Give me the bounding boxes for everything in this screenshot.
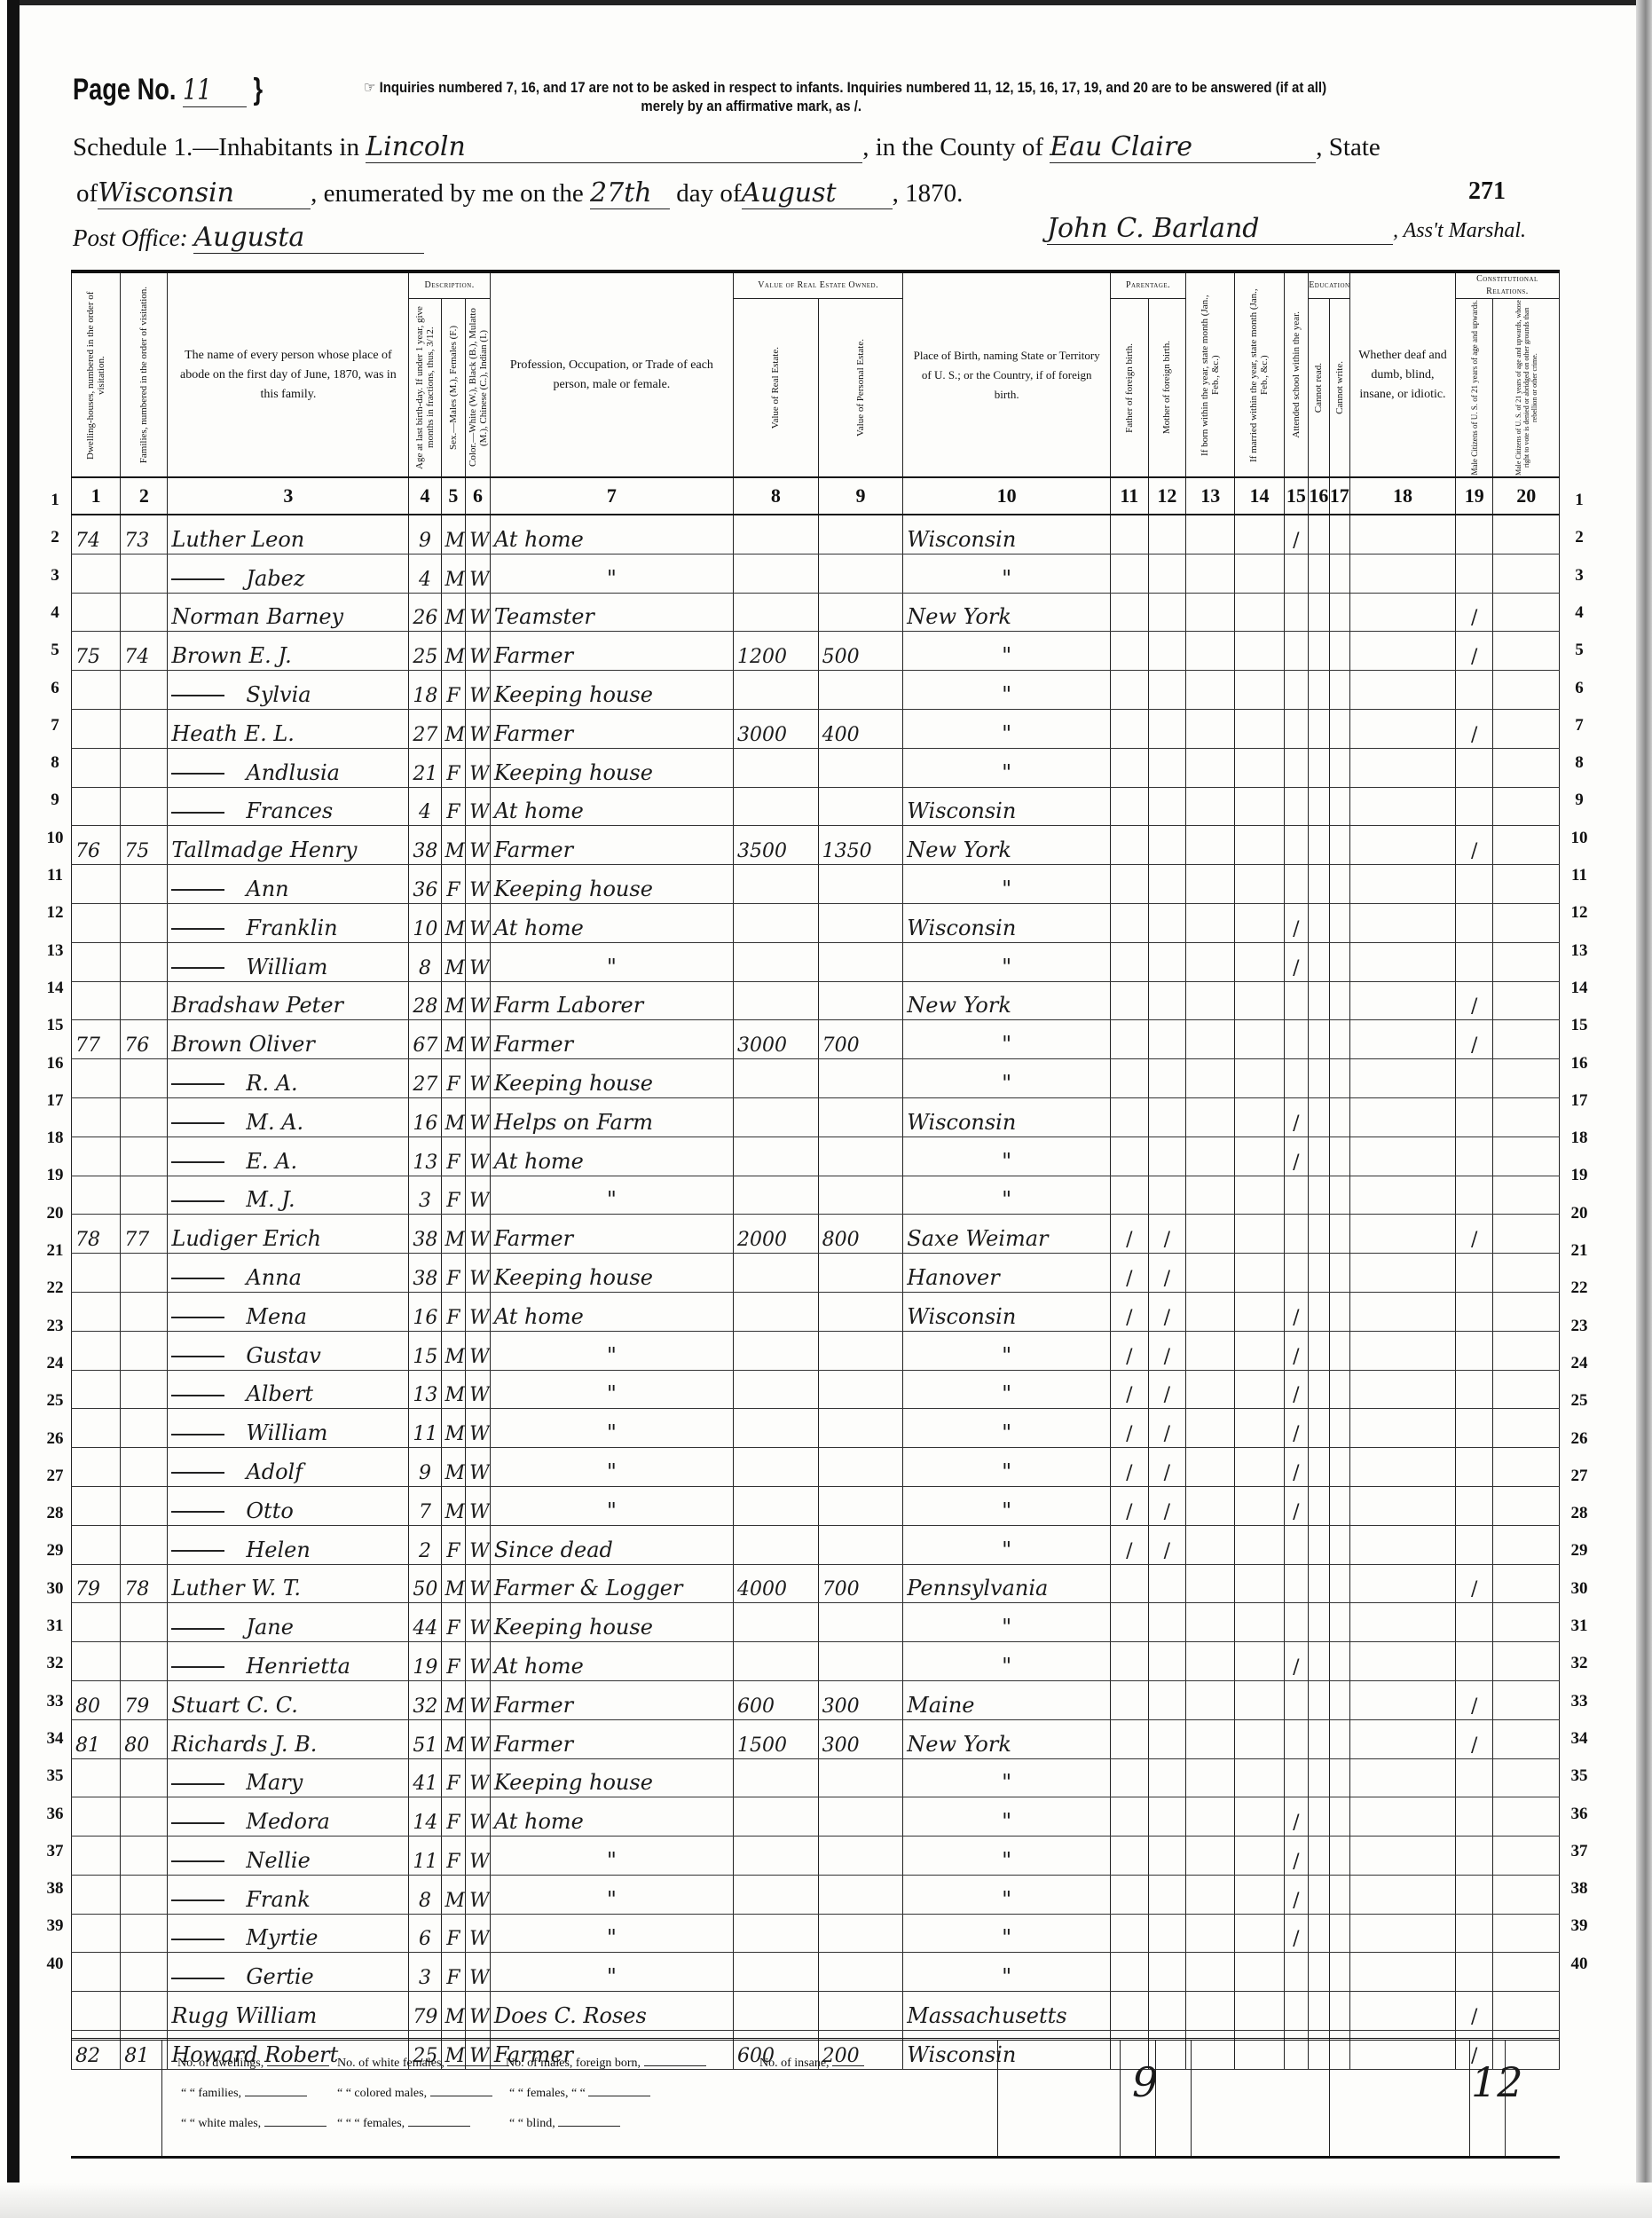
personal-estate-value: 800 [818, 1215, 903, 1254]
personal-estate-value [818, 748, 903, 787]
sex: M [441, 515, 466, 554]
dwelling-number [72, 942, 121, 981]
vote-denied [1493, 1797, 1560, 1837]
vote-denied [1493, 593, 1560, 632]
county-label: , in the County of [862, 133, 1043, 161]
male-citizen-mark: / [1455, 709, 1493, 748]
sex: M [441, 826, 466, 865]
dwelling-number: 79 [72, 1564, 121, 1603]
family-number [121, 903, 168, 942]
married-within-year [1235, 1215, 1284, 1254]
person-name: Ann [168, 865, 409, 904]
sex: F [441, 1953, 466, 1992]
male-citizen-mark [1455, 748, 1493, 787]
mother-foreign-mark [1148, 515, 1186, 554]
deaf-blind-insane [1349, 1292, 1455, 1331]
cannot-read [1309, 1059, 1329, 1098]
color: W [466, 1603, 491, 1642]
vote-denied [1493, 1486, 1560, 1525]
color: W [466, 1059, 491, 1098]
cannot-read [1309, 787, 1329, 826]
place-of-birth: " [903, 1525, 1111, 1564]
personal-estate-value [818, 1875, 903, 1914]
born-within-year [1186, 787, 1235, 826]
father-foreign-mark: / [1111, 1292, 1149, 1331]
sex: M [441, 903, 466, 942]
occupation: " [490, 554, 733, 593]
family-number [121, 1758, 168, 1797]
sex: M [441, 1409, 466, 1448]
person-name: Tallmadge Henry [168, 826, 409, 865]
header-col-17: Cannot write. [1329, 299, 1349, 478]
personal-estate-value [818, 903, 903, 942]
married-within-year [1235, 1137, 1284, 1176]
page-binding-edge [7, 0, 20, 2218]
given-name: Anna [246, 1265, 302, 1290]
col-number: 17 [1329, 477, 1349, 515]
family-number [121, 1486, 168, 1525]
col-number: 14 [1235, 477, 1284, 515]
occupation: At home [490, 1642, 733, 1681]
cannot-read [1309, 748, 1329, 787]
dwelling-number [72, 865, 121, 904]
cannot-read [1309, 942, 1329, 981]
family-number [121, 1448, 168, 1487]
line-number: 19 [37, 1166, 73, 1185]
table-row: 7776Brown Oliver67MWFarmer3000700"/ [72, 1020, 1560, 1059]
male-citizen-mark [1455, 787, 1493, 826]
family-number [121, 981, 168, 1020]
place-of-birth: " [903, 1137, 1111, 1176]
real-estate-value [734, 981, 819, 1020]
father-foreign-mark [1111, 1875, 1149, 1914]
line-number: 8 [1562, 753, 1597, 773]
given-name: R. A. [246, 1071, 297, 1096]
ditto-dash [171, 812, 224, 814]
personal-estate-value [818, 981, 903, 1020]
married-within-year [1235, 1914, 1284, 1953]
deaf-blind-insane [1349, 515, 1455, 554]
male-citizen-mark: / [1455, 826, 1493, 865]
table-row: M. J.3FW"" [72, 1176, 1560, 1215]
color: W [466, 632, 491, 671]
personal-estate-value: 400 [818, 709, 903, 748]
column-number-row: 1 2 3 4 5 6 7 8 9 10 11 12 13 14 15 16 1… [72, 477, 1560, 515]
age: 18 [409, 671, 441, 710]
given-name: Andlusia [246, 760, 340, 785]
dwelling-number [72, 1176, 121, 1215]
born-within-year [1186, 1642, 1235, 1681]
vote-denied [1493, 709, 1560, 748]
age: 16 [409, 1097, 441, 1137]
cannot-read [1309, 632, 1329, 671]
father-foreign-mark [1111, 1719, 1149, 1758]
real-estate-value [734, 1642, 819, 1681]
person-name: Richards J. B. [168, 1719, 409, 1758]
mother-foreign-mark [1148, 1020, 1186, 1059]
mother-foreign-mark: / [1148, 1292, 1186, 1331]
line-number: 40 [1562, 1955, 1597, 1974]
sex: F [441, 865, 466, 904]
deaf-blind-insane [1349, 981, 1455, 1020]
born-within-year [1186, 1331, 1235, 1370]
real-estate-value [734, 1797, 819, 1837]
mother-foreign-mark [1148, 942, 1186, 981]
dwelling-number [72, 1137, 121, 1176]
color: W [466, 1992, 491, 2031]
occupation: Farmer [490, 709, 733, 748]
year-label: , 1870. [893, 179, 964, 208]
col-number: 10 [903, 477, 1111, 515]
line-number: 40 [37, 1955, 73, 1974]
born-within-year [1186, 981, 1235, 1020]
mother-foreign-mark [1148, 1914, 1186, 1953]
deaf-blind-insane [1349, 1953, 1455, 1992]
cannot-write [1329, 1254, 1349, 1293]
attended-school-mark [1284, 748, 1309, 787]
deaf-blind-insane [1349, 787, 1455, 826]
sex: M [441, 1992, 466, 2031]
line-number: 21 [1562, 1241, 1597, 1261]
father-foreign-mark [1111, 1176, 1149, 1215]
deaf-blind-insane [1349, 1020, 1455, 1059]
line-number: 10 [37, 829, 73, 848]
color: W [466, 1914, 491, 1953]
father-foreign-mark [1111, 1020, 1149, 1059]
vote-denied [1493, 1448, 1560, 1487]
deaf-blind-insane [1349, 748, 1455, 787]
cannot-read [1309, 1992, 1329, 2031]
real-estate-value [734, 515, 819, 554]
person-name: Henrietta [168, 1642, 409, 1681]
place-of-birth: " [903, 709, 1111, 748]
table-row: William11MW""/// [72, 1409, 1560, 1448]
vote-denied [1493, 1875, 1560, 1914]
born-within-year [1186, 1992, 1235, 2031]
age: 44 [409, 1603, 441, 1642]
deaf-blind-insane [1349, 1215, 1455, 1254]
vote-denied [1493, 787, 1560, 826]
occupation: Keeping house [490, 1758, 733, 1797]
real-estate-value [734, 1409, 819, 1448]
male-citizen-mark [1455, 515, 1493, 554]
header-col-20: Male Citizens of U. S. of 21 years of ag… [1493, 299, 1560, 478]
father-foreign-mark [1111, 515, 1149, 554]
family-number [121, 1837, 168, 1876]
age: 14 [409, 1797, 441, 1837]
mother-foreign-mark [1148, 593, 1186, 632]
born-within-year [1186, 1370, 1235, 1409]
dwelling-number: 77 [72, 1020, 121, 1059]
marshal-signature-line: John C. Barland, Ass't Marshal. [1047, 213, 1526, 245]
header-col-15: Attended school within the year. [1284, 273, 1309, 477]
mother-foreign-mark: / [1148, 1254, 1186, 1293]
attended-school-mark: / [1284, 903, 1309, 942]
married-within-year [1235, 1097, 1284, 1137]
table-row: Norman Barney26MWTeamsterNew York/ [72, 593, 1560, 632]
attended-school-mark: / [1284, 1642, 1309, 1681]
place-of-birth: " [903, 1409, 1111, 1448]
mother-foreign-mark [1148, 671, 1186, 710]
personal-estate-value [818, 671, 903, 710]
attended-school-mark [1284, 1254, 1309, 1293]
header-col-5: Sex.—Males (M.), Females (F.) [441, 299, 466, 478]
person-name: Luther W. T. [168, 1564, 409, 1603]
dwelling-number [72, 1797, 121, 1837]
father-foreign-mark: / [1111, 1448, 1149, 1487]
color: W [466, 515, 491, 554]
deaf-blind-insane [1349, 554, 1455, 593]
real-estate-value [734, 787, 819, 826]
cannot-write [1329, 1875, 1349, 1914]
dwelling-number [72, 1953, 121, 1992]
place-of-birth: " [903, 1059, 1111, 1098]
line-number: 39 [1562, 1916, 1597, 1936]
family-number [121, 1603, 168, 1642]
person-name: William [168, 942, 409, 981]
married-within-year [1235, 1680, 1284, 1719]
line-number: 3 [37, 566, 73, 586]
attended-school-mark [1284, 1992, 1309, 2031]
line-number: 32 [1562, 1654, 1597, 1673]
father-foreign-mark [1111, 1059, 1149, 1098]
personal-estate-value: 700 [818, 1020, 903, 1059]
line-number: 1 [37, 491, 73, 510]
header-col-18: Whether deaf and dumb, blind, insane, or… [1349, 273, 1455, 477]
place-of-birth: " [903, 554, 1111, 593]
sex: M [441, 1097, 466, 1137]
age: 16 [409, 1292, 441, 1331]
personal-estate-value [818, 1370, 903, 1409]
age: 38 [409, 1215, 441, 1254]
table-row: Heath E. L.27MWFarmer3000400"/ [72, 709, 1560, 748]
male-citizen-mark [1455, 1176, 1493, 1215]
person-name: Heath E. L. [168, 709, 409, 748]
person-name: M. A. [168, 1097, 409, 1137]
age: 6 [409, 1914, 441, 1953]
color: W [466, 1564, 491, 1603]
given-name: Otto [246, 1498, 293, 1523]
place-of-birth: " [903, 1914, 1111, 1953]
table-row: R. A.27FWKeeping house" [72, 1059, 1560, 1098]
family-number [121, 1953, 168, 1992]
father-foreign-mark [1111, 748, 1149, 787]
of-label: of [76, 179, 98, 208]
mother-foreign-mark [1148, 748, 1186, 787]
married-within-year [1235, 787, 1284, 826]
cannot-write [1329, 748, 1349, 787]
married-within-year [1235, 1292, 1284, 1331]
header-group-description: Description. [409, 273, 490, 299]
vote-denied [1493, 1409, 1560, 1448]
ditto-dash [171, 889, 224, 891]
line-number: 14 [37, 979, 73, 998]
married-within-year [1235, 1564, 1284, 1603]
table-row: Andlusia21FWKeeping house" [72, 748, 1560, 787]
dwelling-number: 74 [72, 515, 121, 554]
place-of-birth: New York [903, 1719, 1111, 1758]
real-estate-value [734, 1525, 819, 1564]
given-name: Franklin [246, 916, 337, 940]
attended-school-mark [1284, 1564, 1309, 1603]
col-number: 13 [1186, 477, 1235, 515]
line-number: 7 [37, 716, 73, 735]
born-within-year [1186, 1875, 1235, 1914]
mother-foreign-mark [1148, 903, 1186, 942]
family-number: 74 [121, 632, 168, 671]
real-estate-value: 600 [734, 1680, 819, 1719]
real-estate-value [734, 671, 819, 710]
line-number: 1 [1562, 491, 1597, 510]
table-row: Frances4FWAt homeWisconsin [72, 787, 1560, 826]
cannot-read [1309, 1642, 1329, 1681]
header-col-7: Profession, Occupation, or Trade of each… [490, 273, 733, 477]
male-citizen-mark: / [1455, 1020, 1493, 1059]
real-estate-value: 3000 [734, 1020, 819, 1059]
deaf-blind-insane [1349, 1370, 1455, 1409]
line-number: 29 [1562, 1541, 1597, 1561]
family-number [121, 1059, 168, 1098]
line-number: 28 [37, 1504, 73, 1523]
real-estate-value [734, 1486, 819, 1525]
occupation: Keeping house [490, 671, 733, 710]
header-col-14: If married within the year, state month … [1235, 273, 1284, 477]
real-estate-value: 4000 [734, 1564, 819, 1603]
table-row: Henrietta19FWAt home"/ [72, 1642, 1560, 1681]
given-name: Mena [246, 1304, 307, 1329]
dwelling-number [72, 1448, 121, 1487]
line-number: 15 [37, 1016, 73, 1035]
sex: M [441, 554, 466, 593]
vote-denied [1493, 1953, 1560, 1992]
color: W [466, 748, 491, 787]
table-row: Albert13MW""/// [72, 1370, 1560, 1409]
vote-denied [1493, 1564, 1560, 1603]
occupation: Keeping house [490, 1254, 733, 1293]
father-foreign-mark [1111, 1137, 1149, 1176]
mother-foreign-mark [1148, 709, 1186, 748]
line-number: 11 [37, 866, 73, 885]
vote-denied [1493, 1525, 1560, 1564]
ditto-dash [171, 967, 224, 969]
deaf-blind-insane [1349, 826, 1455, 865]
family-number: 79 [121, 1680, 168, 1719]
line-number: 7 [1562, 716, 1597, 735]
given-name: Frances [246, 798, 333, 823]
mother-foreign-mark [1148, 1719, 1186, 1758]
sex: M [441, 1215, 466, 1254]
born-within-year [1186, 1837, 1235, 1876]
table-row: 8180Richards J. B.51MWFarmer1500300New Y… [72, 1719, 1560, 1758]
father-foreign-mark [1111, 942, 1149, 981]
given-name: Adolf [246, 1459, 303, 1484]
dwelling-number [72, 554, 121, 593]
male-citizen-mark: / [1455, 1215, 1493, 1254]
line-number: 4 [1562, 603, 1597, 623]
family-number [121, 1409, 168, 1448]
family-number [121, 1331, 168, 1370]
mother-foreign-mark: / [1148, 1409, 1186, 1448]
personal-estate-value [818, 1331, 903, 1370]
family-number [121, 671, 168, 710]
sex: M [441, 709, 466, 748]
sex: F [441, 1758, 466, 1797]
deaf-blind-insane [1349, 671, 1455, 710]
father-foreign-mark [1111, 709, 1149, 748]
married-within-year [1235, 1525, 1284, 1564]
cannot-read [1309, 671, 1329, 710]
line-number: 2 [37, 528, 73, 547]
sex: M [441, 1875, 466, 1914]
vote-denied [1493, 865, 1560, 904]
married-within-year [1235, 1642, 1284, 1681]
vote-denied [1493, 1215, 1560, 1254]
line-number: 38 [1562, 1879, 1597, 1899]
table-row: 7877Ludiger Erich38MWFarmer2000800Saxe W… [72, 1215, 1560, 1254]
header-group-value: Value of Real Estate Owned. [734, 273, 903, 299]
person-name: Frances [168, 787, 409, 826]
real-estate-value [734, 1331, 819, 1370]
mother-foreign-mark: / [1148, 1486, 1186, 1525]
dwelling-number [72, 1837, 121, 1876]
header-col-11: Father of foreign birth. [1111, 299, 1149, 478]
cannot-read [1309, 1215, 1329, 1254]
father-foreign-mark [1111, 1758, 1149, 1797]
vote-denied [1493, 1097, 1560, 1137]
vote-denied [1493, 1603, 1560, 1642]
age: 36 [409, 865, 441, 904]
attended-school-mark [1284, 826, 1309, 865]
personal-estate-value [818, 942, 903, 981]
father-foreign-mark: / [1111, 1486, 1149, 1525]
cannot-read [1309, 1564, 1329, 1603]
male-citizen-mark: / [1455, 1719, 1493, 1758]
attended-school-mark: / [1284, 1370, 1309, 1409]
male-citizen-mark [1455, 1331, 1493, 1370]
cannot-write [1329, 709, 1349, 748]
ditto-dash [171, 1666, 224, 1668]
ditto-dash [171, 578, 224, 580]
table-row: Gustav15MW""/// [72, 1331, 1560, 1370]
attended-school-mark: / [1284, 1837, 1309, 1876]
place-of-birth: " [903, 1603, 1111, 1642]
header-col-9: Value of Personal Estate. [818, 299, 903, 478]
family-number [121, 1992, 168, 2031]
mother-foreign-mark: / [1148, 1525, 1186, 1564]
born-within-year [1186, 709, 1235, 748]
cannot-read [1309, 981, 1329, 1020]
vote-denied [1493, 1331, 1560, 1370]
table-row: Ann36FWKeeping house" [72, 865, 1560, 904]
vote-denied [1493, 632, 1560, 671]
ditto-dash [171, 695, 224, 696]
color: W [466, 1837, 491, 1876]
col-number: 4 [409, 477, 441, 515]
line-number: 2 [1562, 528, 1597, 547]
male-citizen-mark [1455, 1370, 1493, 1409]
line-number: 28 [1562, 1504, 1597, 1523]
father-foreign-mark [1111, 593, 1149, 632]
real-estate-value [734, 1370, 819, 1409]
personal-estate-value [818, 515, 903, 554]
attended-school-mark: / [1284, 1448, 1309, 1487]
deaf-blind-insane [1349, 865, 1455, 904]
line-number: 29 [37, 1541, 73, 1561]
born-within-year [1186, 748, 1235, 787]
color: W [466, 1331, 491, 1370]
cannot-read [1309, 1680, 1329, 1719]
county-field: Eau Claire [1050, 131, 1316, 163]
